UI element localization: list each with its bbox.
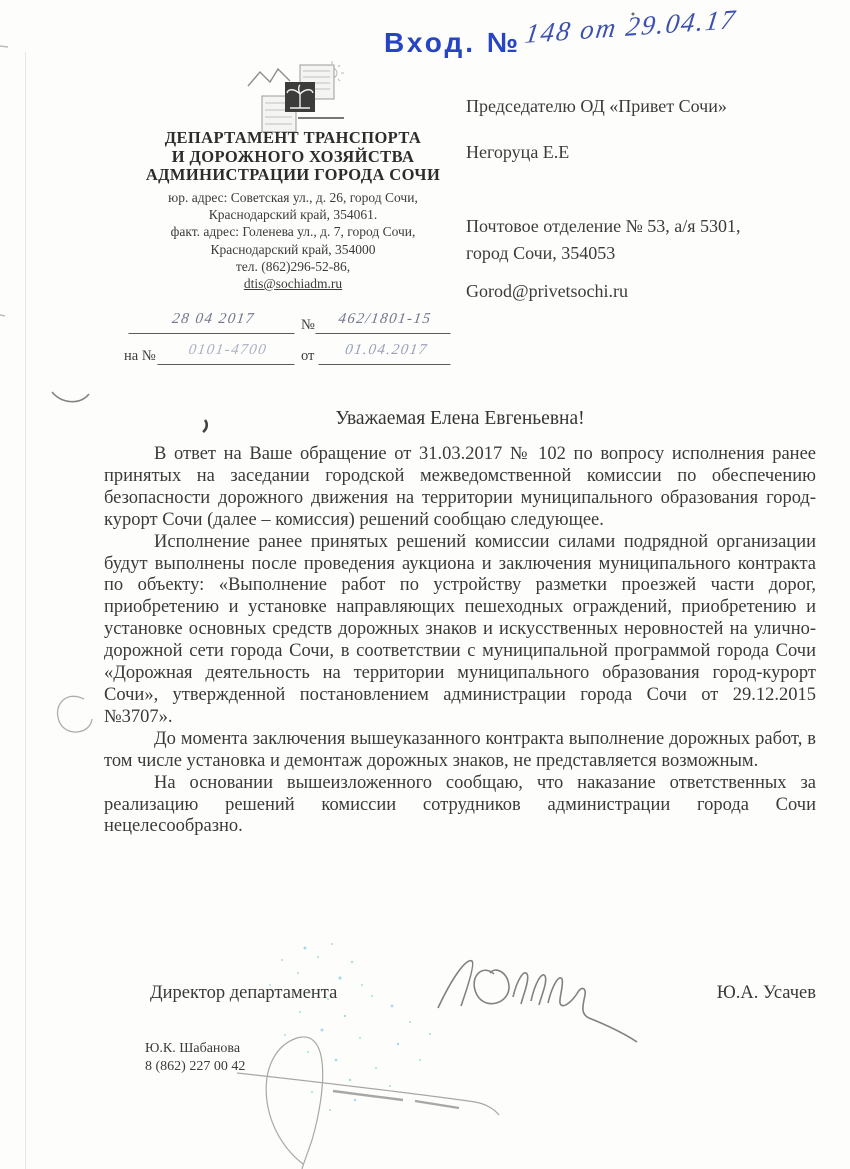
- org-address-line: юр. адрес: Советская ул., д. 26, город С…: [98, 189, 488, 206]
- scan-edge-marks: [0, 46, 8, 316]
- recipient-name: Негоруца Е.Е: [466, 142, 569, 163]
- org-name-line: И ДОРОЖНОГО ХОЗЯЙСТВА: [98, 148, 488, 167]
- recipient-title: Председателю ОД «Привет Сочи»: [466, 96, 727, 117]
- pen-circle-mark: [58, 696, 92, 732]
- org-name-line: ДЕПАРТАМЕНТ ТРАНСПОРТА: [98, 129, 488, 148]
- pen-flourish: [237, 1037, 499, 1169]
- org-address-line: факт. адрес: Голенева ул., д. 7, город С…: [98, 223, 488, 240]
- executor-name: Ю.К. Шабанова: [145, 1040, 245, 1058]
- incoming-stamp-label: Вход. №: [384, 27, 521, 59]
- reference-number-handwritten: 0101-4700: [157, 342, 297, 365]
- reference-number-label: на №: [124, 348, 156, 365]
- recipient-email: Gorod@privetsochi.ru: [466, 281, 628, 302]
- reference-date-handwritten: 01.04.2017: [318, 342, 453, 365]
- org-address-line: Краснодарский край, 354000: [98, 241, 488, 258]
- outgoing-date-handwritten: 28 04 2017: [128, 311, 297, 334]
- org-name-block: ДЕПАРТАМЕНТ ТРАНСПОРТА И ДОРОЖНОГО ХОЗЯЙ…: [98, 129, 488, 185]
- org-address-line: Краснодарский край, 354061.: [98, 206, 488, 223]
- body-paragraph: На основании вышеизложенного сообщаю, чт…: [104, 773, 816, 839]
- recipient-address-line: Почтовое отделение № 53, а/я 5301,: [466, 216, 741, 237]
- org-address-block: юр. адрес: Советская ул., д. 26, город С…: [98, 189, 488, 292]
- body-paragraph: Исполнение ранее принятых решений комисс…: [104, 532, 816, 729]
- body-paragraph: В ответ на Ваше обращение от 31.03.2017 …: [104, 444, 816, 532]
- body-paragraph: До момента заключения вышеуказанного кон…: [104, 729, 816, 773]
- scan-edge-line: [25, 52, 26, 1169]
- salutation: Уважаемая Елена Евгеньевна!: [104, 408, 816, 430]
- recipient-address-line: город Сочи, 354053: [466, 243, 615, 264]
- letter-body: В ответ на Ваше обращение от 31.03.2017 …: [104, 444, 816, 838]
- signer-position: Директор департамента: [150, 983, 337, 1004]
- executor-block: Ю.К. Шабанова 8 (862) 227 00 42: [145, 1040, 245, 1076]
- signature-ink: [438, 961, 637, 1042]
- ink-speckles: [269, 943, 431, 1111]
- scanned-letter-page: Вход. № 148 от 29.04.17: [0, 0, 850, 1169]
- executor-phone: 8 (862) 227 00 42: [145, 1058, 245, 1076]
- org-address-line: тел. (862)296-52-86,: [98, 258, 488, 275]
- org-email: dtis@sochiadm.ru: [98, 275, 488, 292]
- reference-date-label: от: [301, 348, 314, 365]
- pen-smile-mark: [52, 392, 89, 402]
- number-sign-label: №: [301, 317, 315, 334]
- org-name-line: АДМИНИСТРАЦИИ ГОРОДА СОЧИ: [98, 166, 488, 185]
- incoming-stamp-handwritten-value: 148 от 29.04.17: [523, 0, 837, 50]
- sochi-city-emblem-icon: [240, 60, 364, 138]
- signer-name: Ю.А. Усачев: [717, 983, 816, 1004]
- outgoing-number-handwritten: 462/1801-15: [315, 311, 453, 334]
